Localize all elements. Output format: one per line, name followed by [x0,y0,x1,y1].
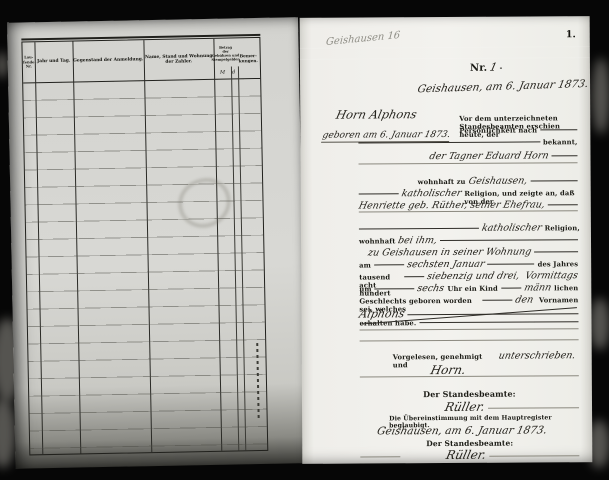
signature-registrar: Rüller. [443,400,486,414]
dateline-text: Geishausen, am 6. Januar 1873. [416,78,589,95]
handwritten-article: den [514,294,534,305]
register-table: Lau- fende Nr. Jahr und Tag. Gegenstand … [21,37,268,456]
certify-dateline: Geishausen, am 6. Januar 1873. [360,424,579,437]
record-number-line: Nr. 1 [470,61,502,74]
form-line-blank2 [359,211,578,214]
fill-rule [359,227,479,230]
printed-text: Religion, [545,224,580,232]
registrar-heading-line: Der Standesbeamte: [360,388,579,399]
printed-text: Uhr ein Kind [447,285,497,293]
fill-rule [482,299,512,301]
handwritten-birthplace: zu Geishausen in seiner Wohnung [367,246,533,258]
registrar-heading: Der Standesbeamte: [423,389,516,400]
form-line-received: erhalten habe. [359,318,578,327]
form-line-blank5 [360,376,579,379]
microfilm-scan: { "left_page": { "table": { "columns": [… [0,0,609,480]
printed-text: lichen [554,284,578,292]
fill-rule [359,161,578,164]
printed-text: am [359,261,371,269]
fill-rule [548,203,578,205]
handwritten-religion: katholischer [481,222,543,233]
fill-rule [501,287,521,289]
fill-rule [419,320,578,323]
fill-rule [359,192,399,194]
form-line-religion2: katholischer Religion, [359,222,578,234]
fee-unit-mark: M [220,70,225,76]
handwritten-declarant: der Tagner Eduard Horn [428,150,549,162]
printed-text: wohnhaft [359,237,396,245]
right-birth-record-page: Geishausen 16 1. Nr. 1 Geishausen, am 6.… [300,16,593,464]
form-line-known: bekannt, [358,138,577,147]
fill-rule [375,287,415,289]
printed-text: Vornamen [539,296,578,304]
film-scratch [300,46,590,49]
form-line-hour: um sechs Uhr ein Kind männ lichen [359,282,578,294]
col-header-name-stand-wohnung: Name, Stand und Wohnung der Zahler. [143,39,214,80]
col-header-betrag: Betrag der Gebühren und Stempelgelder. [213,38,238,68]
record-number-label: Nr. [470,63,487,74]
fill-rule [360,338,579,341]
printed-text: wohnhaft zu [418,178,466,186]
form-line-birthplace: zu Geishausen in seiner Wohnung [359,246,578,258]
film-blob [590,298,609,350]
handwritten-daytime: Vormittags [524,270,579,281]
fill-rule [360,455,400,457]
fill-rule [404,275,424,277]
signature-registrar2: Rüller. [445,448,488,462]
col-header-jahr-tag: Jahr und Tag. [34,42,73,83]
handwritten-residence: Geishausen, [467,175,528,186]
fill-rule [534,250,578,252]
page-number: 1. [566,29,576,40]
certify-dateline-text: Geishausen, am 6. Januar 1873. [376,424,548,437]
table-ruled-rows [23,79,267,454]
form-line-residence: wohnhaft zu Geishausen, [359,175,578,187]
col-header-bemerkungen: Bemer- kungen. [237,38,259,78]
fill-rule [488,406,579,409]
pencil-annotation: Geishausen 16 [325,30,400,48]
fill-rule [500,67,502,69]
handwritten-religion: katholischer [400,188,462,199]
fill-rule [530,179,577,181]
handwritten-hour: sechs [416,283,445,294]
fill-rule [358,140,540,143]
fill-rule [360,374,579,377]
left-register-page: Lau- fende Nr. Jahr und Tag. Gegenstand … [7,17,307,469]
record-number-value: 1 [489,61,499,74]
col-header-laufende-nr: Lau- fende Nr. [22,42,35,82]
handwritten-closing: unterschrieben. [498,350,577,361]
fill-rule [440,238,578,241]
fill-rule [540,128,577,130]
fill-rule [374,263,404,265]
fill-rule [359,209,578,212]
printed-text: um [359,285,371,293]
film-scratch [300,57,590,60]
printed-text: bekannt, [543,138,577,146]
dateline: Geishausen, am 6. Januar 1873. [418,80,577,93]
form-line-blank4 [360,340,579,343]
printed-text: Persönlichkeit nach [459,126,537,134]
handwritten-gender: männ [523,282,552,293]
fill-rule [551,154,577,156]
handwritten-birthday: sechsten Januar [406,259,486,270]
signature-registrar-line: Rüller. [360,399,579,414]
printed-text: des Jahres [538,260,579,268]
handwritten-livingwith: bei ihm, [397,235,438,246]
form-line-blank3 [360,329,579,332]
signature-registrar2-line: Rüller. [360,447,579,462]
fill-rule [360,327,579,330]
form-line-intro2: Persönlichkeit nach [358,126,577,135]
handwritten-year: siebenzig und drei, [426,271,521,283]
form-line-birthday: am sechsten Januar des Jahres [359,258,578,270]
form-line-livingwith: wohnhaft bei ihm, [359,234,578,246]
fee-unit-pfennig: d [232,69,235,75]
fill-rule [489,454,579,457]
form-line-blank [359,163,578,166]
film-blob [592,58,609,134]
col-header-gegenstand: Gegenstand der Anmeldung. [72,40,144,81]
fill-rule [487,262,534,264]
